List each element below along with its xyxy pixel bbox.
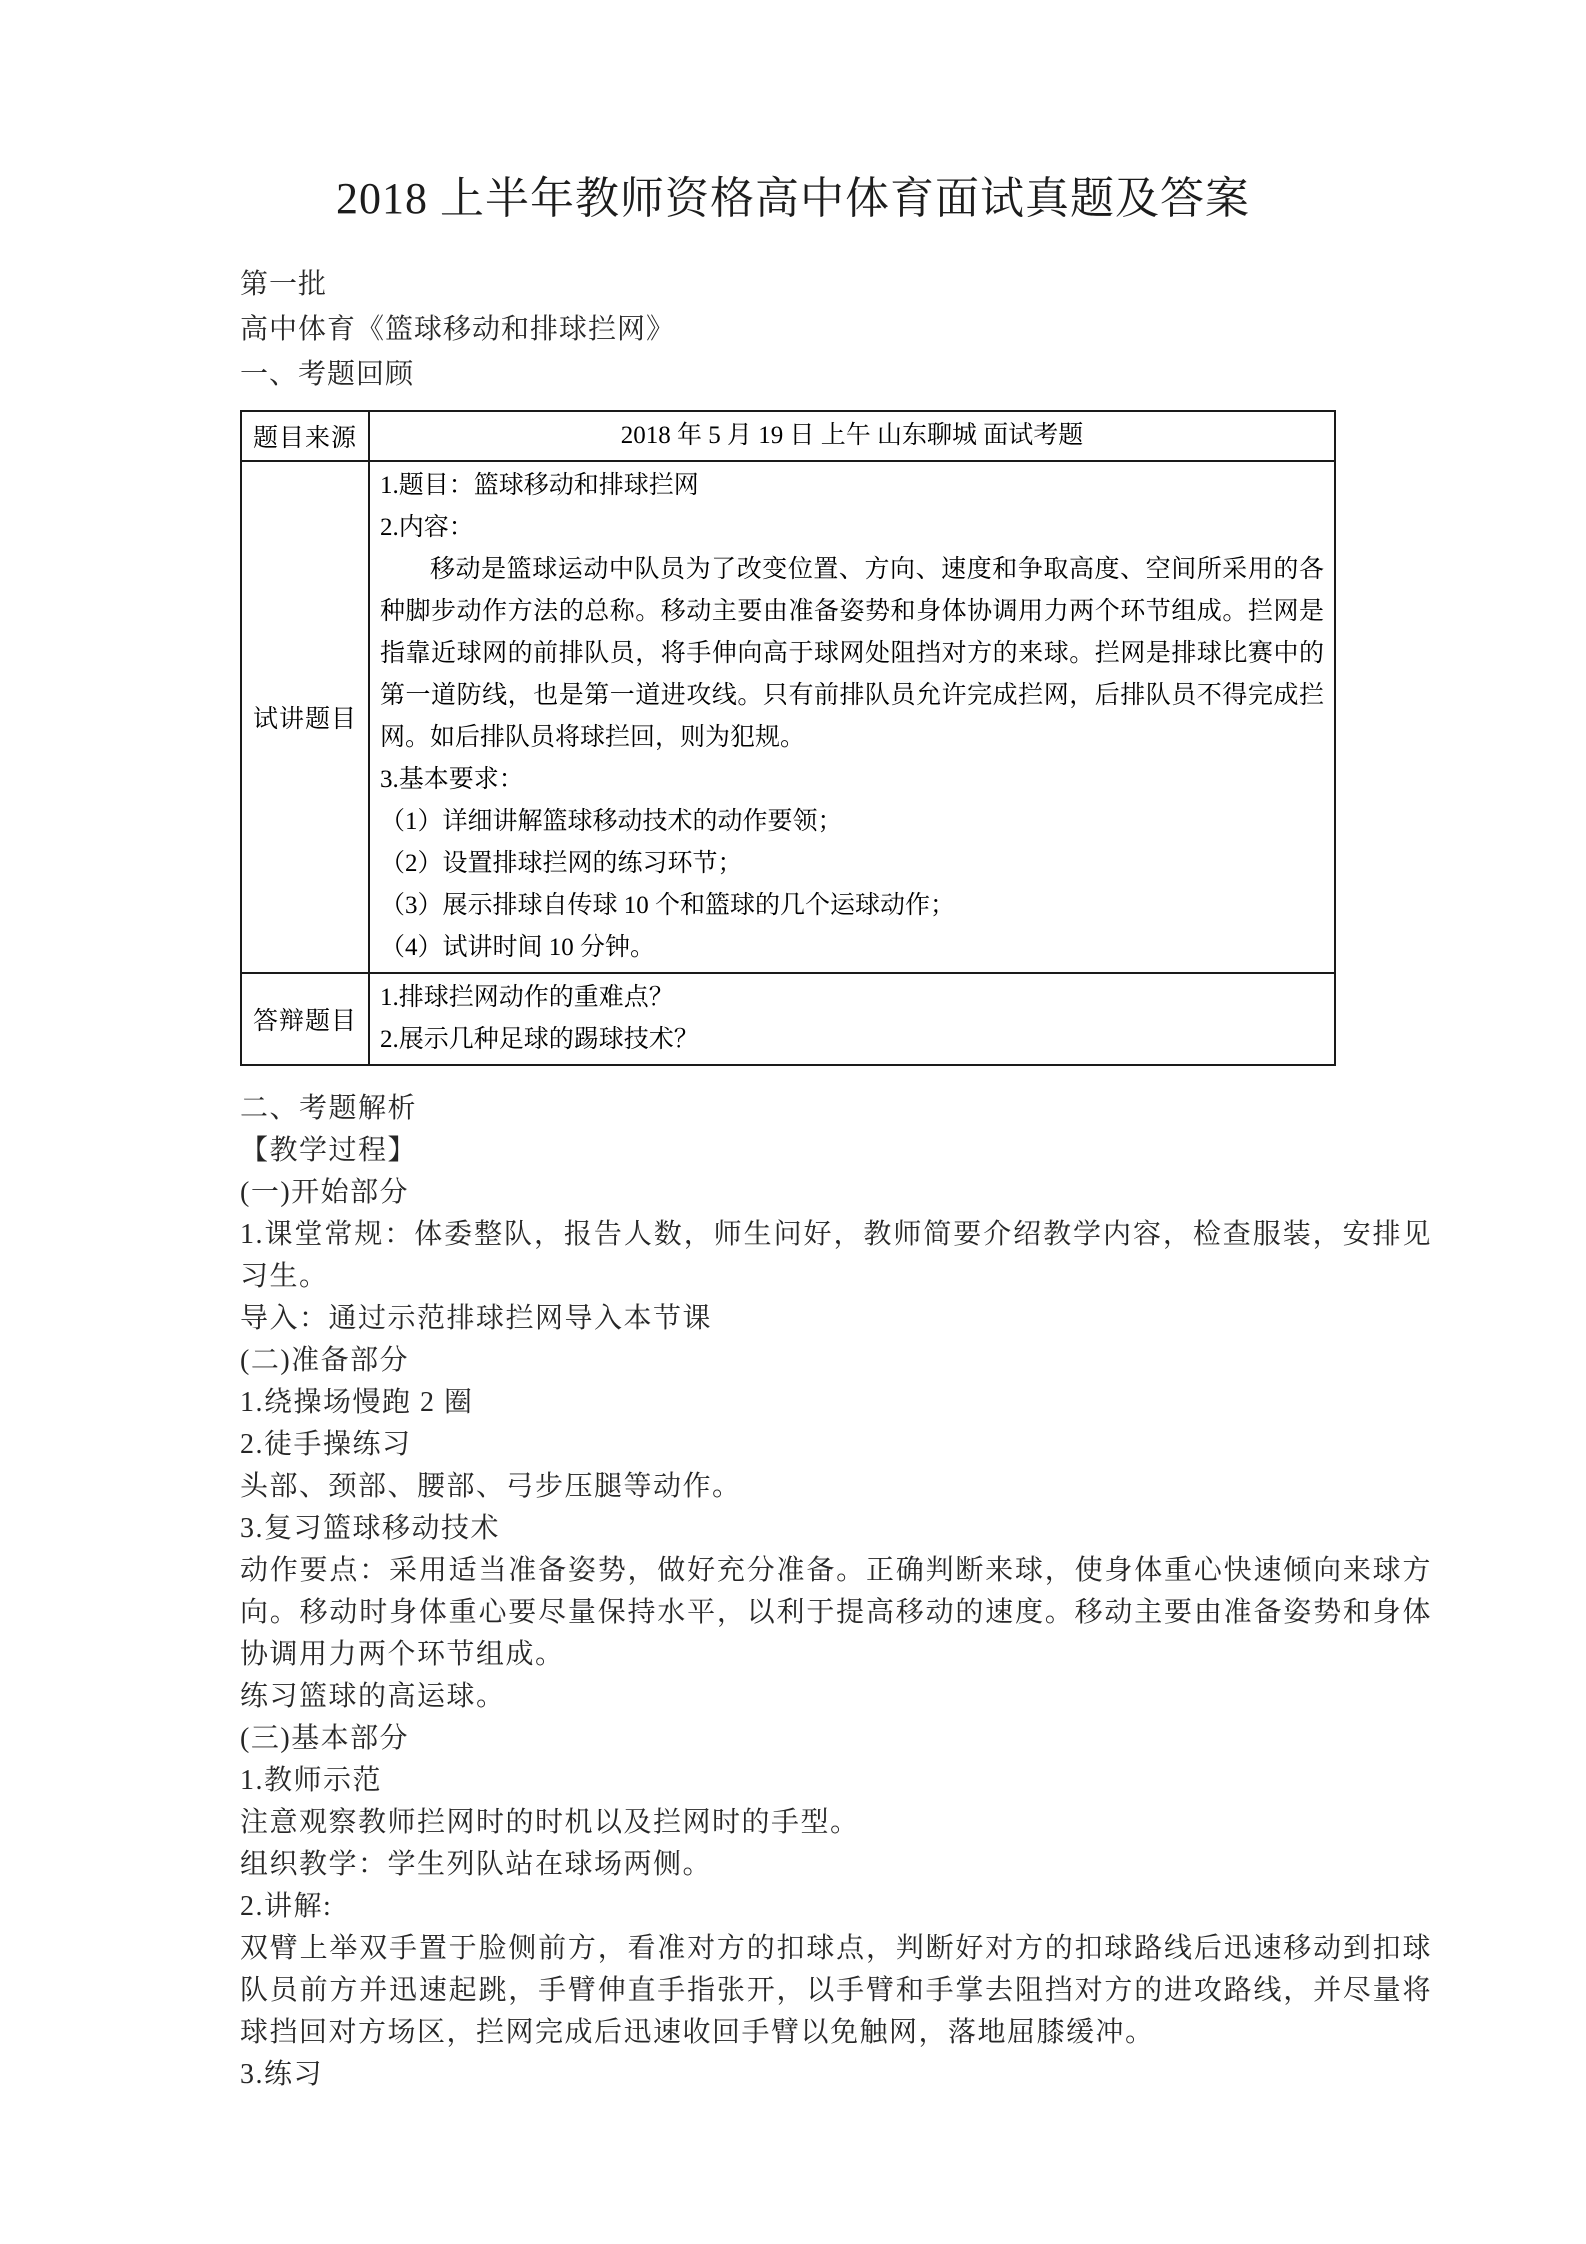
blocking-technique-paragraph: 双臂上举双手置于脸侧前方，看准对方的扣球点，判断好对方的扣球路线后迅速移动到扣球… [240,1928,1432,2054]
page-title: 2018 上半年教师资格高中体育面试真题及答案 [0,0,1586,227]
movement-key-points-paragraph: 动作要点：采用适当准备姿势，做好充分准备。正确判断来球，使身体重心快速倾向来球方… [240,1550,1432,1676]
teacher-demo-heading: 1.教师示范 [240,1760,1432,1802]
table-row-lecture: 试讲题目 1.题目：篮球移动和排球拦网 2.内容： 移动是篮球运动中队员为了改变… [241,461,1335,973]
freehand-exercise-line: 2.徒手操练习 [240,1424,1432,1466]
part-three-heading: (三)基本部分 [240,1718,1432,1760]
explanation-heading: 2.讲解: [240,1886,1432,1928]
lecture-label-cell: 试讲题目 [241,461,369,973]
lecture-requirement-4: （4）试讲时间 10 分钟。 [380,927,1324,969]
practice-heading: 3.练习 [240,2054,1432,2096]
jogging-line: 1.绕操场慢跑 2 圈 [240,1382,1432,1424]
lecture-requirement-3: （3）展示排球自传球 10 个和篮球的几个运球动作； [380,885,1324,927]
lecture-value-cell: 1.题目：篮球移动和排球拦网 2.内容： 移动是篮球运动中队员为了改变位置、方向… [369,461,1335,973]
lesson-title: 高中体育《篮球移动和排球拦网》 [240,307,1432,352]
analysis-section: 二、考题解析 【教学过程】 (一)开始部分 1.课堂常规：体委整队，报告人数，师… [240,1088,1432,2096]
part-two-heading: (二)准备部分 [240,1340,1432,1382]
observation-note-line: 注意观察教师拦网时的时机以及拦网时的手型。 [240,1802,1432,1844]
classroom-routine-paragraph: 1.课堂常规：体委整队，报告人数，师生问好，教师简要介绍教学内容，检查服装，安排… [240,1214,1432,1298]
batch-heading: 第一批 [240,262,1432,307]
defense-value-cell: 1.排球拦网动作的重难点？ 2.展示几种足球的踢球技术？ [369,973,1335,1065]
source-label-cell: 题目来源 [241,411,369,461]
lead-in-line: 导入：通过示范排球拦网导入本节课 [240,1298,1432,1340]
table-row-defense: 答辩题目 1.排球拦网动作的重难点？ 2.展示几种足球的踢球技术？ [241,973,1335,1065]
defense-label-cell: 答辩题目 [241,973,369,1065]
lecture-topic-line: 1.题目：篮球移动和排球拦网 [380,465,1324,507]
lecture-requirements-heading: 3.基本要求： [380,759,1324,801]
lecture-content-paragraph: 移动是篮球运动中队员为了改变位置、方向、速度和争取高度、空间所采用的各种脚步动作… [380,549,1324,759]
high-dribble-line: 练习篮球的高运球。 [240,1676,1432,1718]
defense-question-2: 2.展示几种足球的踢球技术？ [380,1019,1324,1061]
warmup-moves-line: 头部、颈部、腰部、弓步压腿等动作。 [240,1466,1432,1508]
section-2-heading: 二、考题解析 [240,1088,1432,1130]
exam-question-table: 题目来源 2018 年 5 月 19 日 上午 山东聊城 面试考题 试讲题目 1… [240,410,1336,1066]
lecture-content-heading: 2.内容： [380,507,1324,549]
document-body: 第一批 高中体育《篮球移动和排球拦网》 一、考题回顾 题目来源 2018 年 5… [240,262,1432,2096]
defense-question-1: 1.排球拦网动作的重难点？ [380,977,1324,1019]
document-page: 2018 上半年教师资格高中体育面试真题及答案 第一批 高中体育《篮球移动和排球… [0,0,1586,2244]
table-row-source: 题目来源 2018 年 5 月 19 日 上午 山东聊城 面试考题 [241,411,1335,461]
teaching-process-heading: 【教学过程】 [240,1130,1432,1172]
source-value-cell: 2018 年 5 月 19 日 上午 山东聊城 面试考题 [369,411,1335,461]
section-1-heading: 一、考题回顾 [240,352,1432,397]
organize-teaching-line: 组织教学：学生列队站在球场两侧。 [240,1844,1432,1886]
lecture-requirement-1: （1）详细讲解篮球移动技术的动作要领； [380,801,1324,843]
lecture-requirement-2: （2）设置排球拦网的练习环节； [380,843,1324,885]
review-basketball-heading: 3.复习篮球移动技术 [240,1508,1432,1550]
part-one-heading: (一)开始部分 [240,1172,1432,1214]
